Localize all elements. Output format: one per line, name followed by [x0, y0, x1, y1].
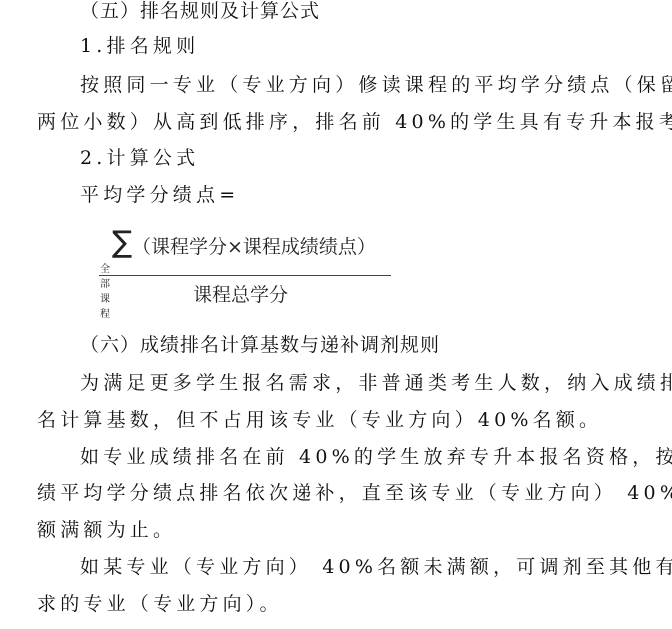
sigma-symbol: ∑ [112, 228, 132, 258]
item1-para-line1: 按照同一专业（专业方向）修读课程的平均学分绩点（保留 [80, 73, 672, 97]
formula-label: 平均学分绩点= [80, 183, 239, 207]
para1-line2: 名计算基数，但不占用该专业（专业方向）40%名额。 [37, 408, 602, 432]
para3-line2: 求的专业（专业方向）。 [37, 592, 283, 616]
para3-line1: 如某专业（专业方向） 40%名额未满额，可调剂至其他有需 [80, 555, 672, 579]
para1-line1: 为满足更多学生报名需求，非普通类考生人数，纳入成绩排 [80, 371, 672, 395]
section5-heading: （五）排名规则及计算公式 [80, 0, 320, 23]
para2-line1: 如专业成绩排名在前 40%的学生放弃专升本报名资格，按成 [80, 445, 672, 469]
para2-line3: 额满额为止。 [37, 518, 176, 542]
section6-heading: （六）成绩排名计算基数与递补调剂规则 [80, 333, 440, 357]
sigma-subscript: 全部课程 [100, 260, 110, 320]
item2-title: 2.计算公式 [80, 146, 199, 170]
item1-title: 1.排名规则 [80, 34, 199, 58]
formula-numerator: （课程学分×课程成绩绩点） [132, 232, 376, 259]
item1-para-line2: 两位小数）从高到低排序，排名前 40%的学生具有专升本报考资格。 [37, 110, 672, 134]
fraction-bar [99, 275, 391, 276]
para2-line2: 绩平均学分绩点排名依次递补，直至该专业（专业方向） 40%名 [37, 481, 672, 505]
formula-denominator: 课程总学分 [193, 280, 288, 307]
